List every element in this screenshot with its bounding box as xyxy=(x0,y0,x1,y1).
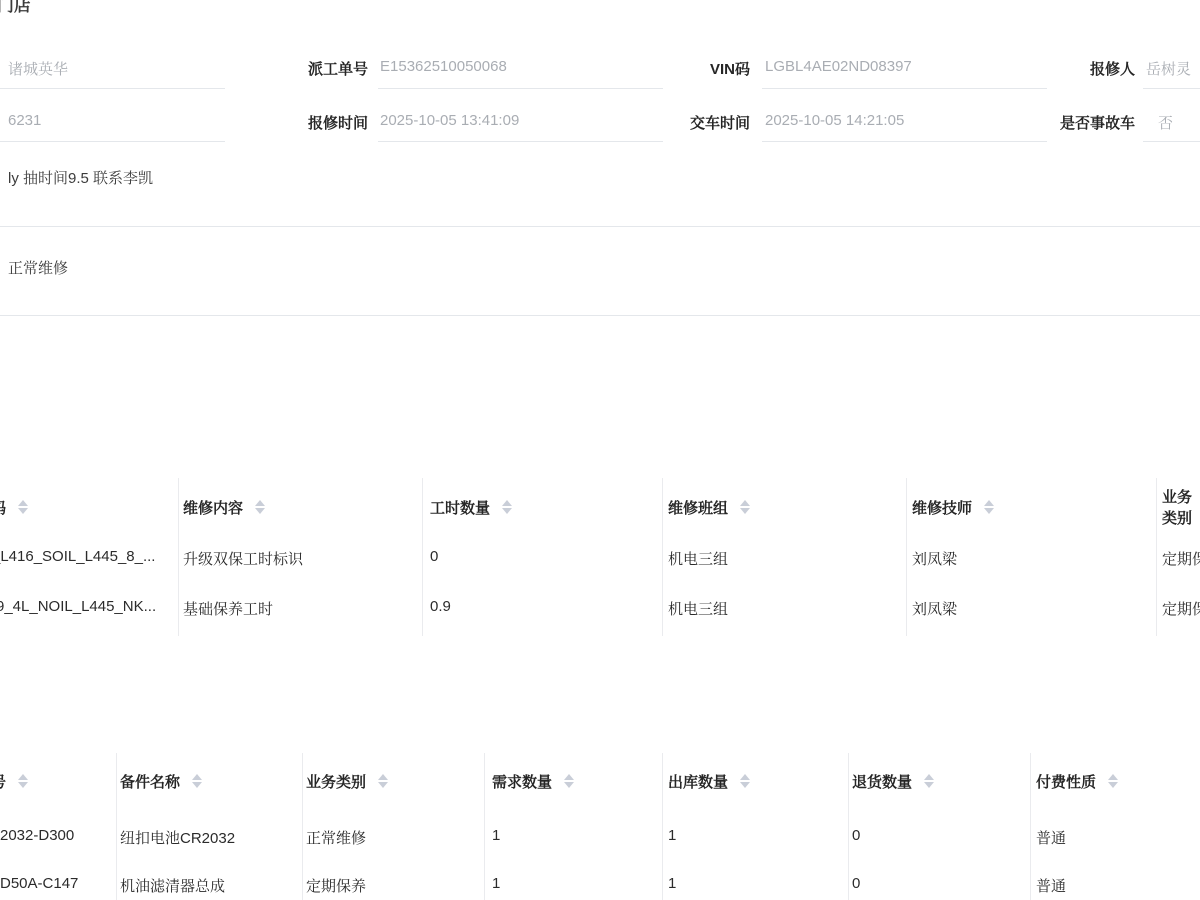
input-underline xyxy=(378,88,663,89)
report-time-label: 报修时间 xyxy=(270,112,368,133)
input-underline xyxy=(762,141,1047,142)
accident-flag-label: 是否事故车 xyxy=(1020,112,1135,133)
cell-labor-technician: 刘凤梁 xyxy=(912,548,957,569)
sort-icon[interactable] xyxy=(740,774,750,788)
input-underline xyxy=(1143,88,1200,89)
labor-col-team[interactable]: 维修班组 xyxy=(668,494,750,520)
cell-labor-content: 基础保养工时 xyxy=(183,598,273,619)
sort-icon[interactable] xyxy=(18,500,28,514)
parts-col-part-name[interactable]: 备件名称 xyxy=(120,768,202,794)
parts-col-issued-qty[interactable]: 出库数量 xyxy=(668,768,750,794)
store-code-value: 6231 xyxy=(8,112,41,129)
cell-labor-team: 机电三组 xyxy=(668,548,728,569)
column-header-label: 业务类别 xyxy=(1162,486,1200,528)
parts-col-part-no[interactable]: 号 xyxy=(0,768,28,794)
cell-labor-hours: 0 xyxy=(430,548,438,565)
column-header-label: 维修内容 xyxy=(183,497,243,518)
cell-labor-content: 升级双保工时标识 xyxy=(183,548,303,569)
sort-icon[interactable] xyxy=(1108,774,1118,788)
cell-labor-code: 9_4L_NOIL_L445_NK... xyxy=(0,598,156,615)
cell-labor-code: _L416_SOIL_L445_8_... xyxy=(0,548,155,565)
input-underline xyxy=(762,88,1047,89)
input-underline xyxy=(0,315,1200,316)
column-divider xyxy=(848,753,849,900)
repair-type-input[interactable]: 正常维修 xyxy=(8,257,68,278)
reporter-label: 报修人 xyxy=(1020,58,1135,79)
remark-input[interactable]: ly 抽时间9.5 联系李凯 xyxy=(8,167,153,188)
column-divider xyxy=(422,478,423,636)
parts-col-required-qty[interactable]: 需求数量 xyxy=(492,768,574,794)
cell-business-type: 正常维修 xyxy=(306,827,366,848)
sort-icon[interactable] xyxy=(502,500,512,514)
column-divider xyxy=(1156,478,1157,636)
cell-business-type: 定期保养 xyxy=(306,875,366,896)
column-header-label: 号 xyxy=(0,771,6,792)
cell-required-qty: 1 xyxy=(492,875,500,892)
dispatch-no-label: 派工单号 xyxy=(270,58,368,79)
column-header-label: 码 xyxy=(0,497,6,518)
cell-labor-business-type: 定期保养 xyxy=(1162,548,1200,569)
cell-part-name: 机油滤清器总成 xyxy=(120,875,225,896)
sort-icon[interactable] xyxy=(192,774,202,788)
cell-labor-business-type: 定期保养 xyxy=(1162,598,1200,619)
vin-value: LGBL4AE02ND08397 xyxy=(765,58,912,75)
page-title: 门店 xyxy=(0,0,31,16)
column-header-label: 退货数量 xyxy=(852,771,912,792)
cell-labor-team: 机电三组 xyxy=(668,598,728,619)
accident-flag-value: 否 xyxy=(1158,112,1173,133)
cell-part-no: D50A-C147 xyxy=(0,875,78,892)
delivery-time-label: 交车时间 xyxy=(650,112,750,133)
column-header-label: 维修技师 xyxy=(912,497,972,518)
sort-icon[interactable] xyxy=(984,500,994,514)
column-header-label: 业务类别 xyxy=(306,771,366,792)
report-time-value: 2025-10-05 13:41:09 xyxy=(380,112,519,129)
labor-col-hours[interactable]: 工时数量 xyxy=(430,494,512,520)
labor-col-code[interactable]: 码 xyxy=(0,494,28,520)
sort-icon[interactable] xyxy=(564,774,574,788)
column-divider xyxy=(178,478,179,636)
column-header-label: 备件名称 xyxy=(120,771,180,792)
input-underline xyxy=(378,141,663,142)
delivery-time-value: 2025-10-05 14:21:05 xyxy=(765,112,904,129)
column-header-label: 需求数量 xyxy=(492,771,552,792)
cell-part-name: 纽扣电池CR2032 xyxy=(120,827,235,848)
sort-icon[interactable] xyxy=(740,500,750,514)
cell-part-no: 2032-D300 xyxy=(0,827,74,844)
cell-labor-technician: 刘凤梁 xyxy=(912,598,957,619)
cell-issued-qty: 1 xyxy=(668,875,676,892)
cell-returned-qty: 0 xyxy=(852,827,860,844)
column-header-label: 付费性质 xyxy=(1036,771,1096,792)
column-header-label: 工时数量 xyxy=(430,497,490,518)
labor-col-business-type[interactable]: 业务类别 xyxy=(1162,494,1200,520)
column-header-label: 出库数量 xyxy=(668,771,728,792)
cell-pay-type: 普通 xyxy=(1036,827,1066,848)
reporter-value: 岳树灵 xyxy=(1146,58,1191,79)
cell-pay-type: 普通 xyxy=(1036,875,1066,896)
column-divider xyxy=(662,753,663,900)
column-divider xyxy=(302,753,303,900)
column-header-label: 维修班组 xyxy=(668,497,728,518)
column-divider xyxy=(484,753,485,900)
input-underline xyxy=(0,141,225,142)
cell-issued-qty: 1 xyxy=(668,827,676,844)
column-divider xyxy=(906,478,907,636)
labor-col-content[interactable]: 维修内容 xyxy=(183,494,265,520)
cell-required-qty: 1 xyxy=(492,827,500,844)
dispatch-no-value: E15362510050068 xyxy=(380,58,507,75)
input-underline xyxy=(1143,141,1200,142)
parts-col-business-type[interactable]: 业务类别 xyxy=(306,768,388,794)
column-divider xyxy=(1030,753,1031,900)
column-divider xyxy=(662,478,663,636)
column-divider xyxy=(116,753,117,900)
store-name-value: 诸城英华 xyxy=(8,58,68,79)
sort-icon[interactable] xyxy=(255,500,265,514)
vin-label: VIN码 xyxy=(650,58,750,79)
cell-labor-hours: 0.9 xyxy=(430,598,451,615)
input-underline xyxy=(0,226,1200,227)
sort-icon[interactable] xyxy=(378,774,388,788)
cell-returned-qty: 0 xyxy=(852,875,860,892)
sort-icon[interactable] xyxy=(18,774,28,788)
parts-col-pay-type[interactable]: 付费性质 xyxy=(1036,768,1118,794)
input-underline xyxy=(0,88,225,89)
labor-col-technician[interactable]: 维修技师 xyxy=(912,494,994,520)
parts-col-returned-qty[interactable]: 退货数量 xyxy=(852,768,934,794)
sort-icon[interactable] xyxy=(924,774,934,788)
work-order-detail-page: 门店 诸城英华 派工单号 E15362510050068 VIN码 LGBL4A… xyxy=(0,0,1200,900)
